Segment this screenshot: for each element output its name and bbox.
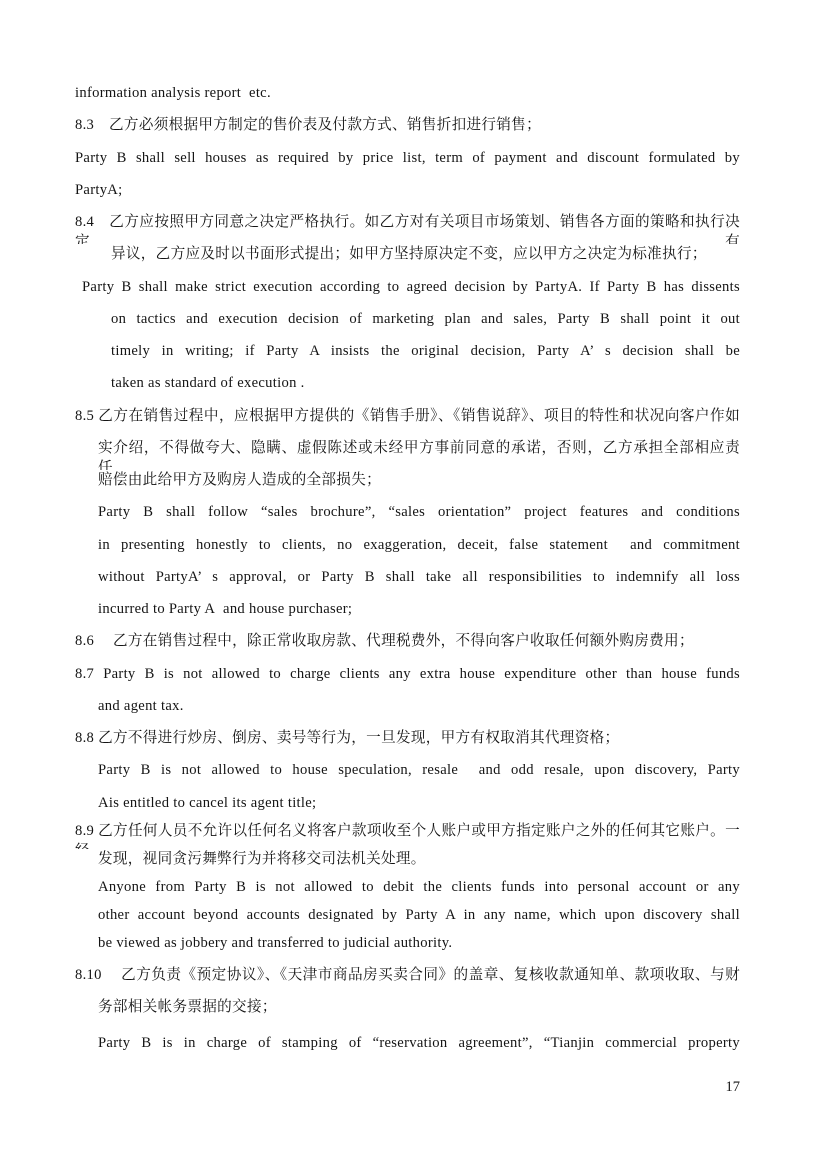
doc-line-27: other account beyond accounts designated… bbox=[98, 905, 740, 933]
doc-line-02-clause-8-3: 8.3 乙方必须根据甲方制定的售价表及付款方式、销售折扣进行销售； bbox=[75, 115, 740, 147]
contract-page: information analysis report etc. 8.3 乙方必… bbox=[0, 0, 820, 1159]
doc-line-18-clause-8-6: 8.6 乙方在销售过程中，除正常收取房款、代理税费外，不得向客户收取任何额外购房… bbox=[75, 631, 740, 663]
doc-line-07: Party B shall make strict execution acco… bbox=[82, 277, 740, 309]
doc-line-09: timely in writing; if Party A insists th… bbox=[111, 341, 740, 373]
doc-line-24-clause-8-9: 8.9 乙方任何人员不允许以任何名义将客户款项收至个人账户或甲方指定账户之外的任… bbox=[75, 821, 740, 849]
doc-line-08: on tactics and execution decision of mar… bbox=[111, 309, 740, 341]
doc-line-03: Party B shall sell houses as required by… bbox=[75, 148, 740, 180]
doc-line-20: and agent tax. bbox=[98, 696, 740, 728]
doc-line-16: without PartyA’ s approval, or Party B s… bbox=[98, 567, 740, 599]
doc-line-21-clause-8-8: 8.8 乙方不得进行炒房、倒房、卖号等行为，一旦发现，甲方有权取消其代理资格； bbox=[75, 728, 740, 760]
doc-line-19-clause-8-7: 8.7 Party B is not allowed to charge cli… bbox=[75, 664, 740, 696]
doc-line-04: PartyA; bbox=[75, 180, 740, 212]
doc-line-30: 务部相关帐务票据的交接； bbox=[98, 997, 740, 1029]
doc-line-25: 发现，视同贪污舞弊行为并将移交司法机关处理。 bbox=[98, 849, 740, 877]
doc-line-11-clause-8-5: 8.5 乙方在销售过程中，应根据甲方提供的《销售手册》、《销售说辞》、项目的特性… bbox=[75, 406, 740, 438]
doc-line-31: Party B is in charge of stamping of “res… bbox=[98, 1033, 740, 1065]
doc-line-22: Party B is not allowed to house speculat… bbox=[98, 760, 740, 792]
doc-line-12: 实介绍，不得做夸大、隐瞒、虚假陈述或未经甲方事前同意的承诺，否则，乙方承担全部相… bbox=[98, 438, 740, 470]
doc-line-28: be viewed as jobbery and transferred to … bbox=[98, 933, 740, 965]
doc-line-13: 赔偿由此给甲方及购房人造成的全部损失； bbox=[98, 470, 740, 502]
doc-line-26: Anyone from Party B is not allowed to de… bbox=[98, 877, 740, 905]
page-number: 17 bbox=[75, 1078, 740, 1096]
doc-line-06: 异议，乙方应及时以书面形式提出；如甲方坚持原决定不变，应以甲方之决定为标准执行； bbox=[111, 244, 740, 276]
doc-line-05-clause-8-4: 8.4 乙方应按照甲方同意之决定严格执行。如乙方对有关项目市场策划、销售各方面的… bbox=[75, 212, 740, 244]
doc-line-15: in presenting honestly to clients, no ex… bbox=[98, 535, 740, 567]
doc-line-29-clause-8-10: 8.10 乙方负责《预定协议》、《天津市商品房买卖合同》的盖章、复核收款通知单、… bbox=[75, 965, 740, 997]
doc-line-10: taken as standard of execution . bbox=[111, 373, 740, 405]
doc-line-17: incurred to Party A and house purchaser; bbox=[98, 599, 740, 631]
doc-line-14: Party B shall follow “sales brochure”, “… bbox=[98, 502, 740, 534]
doc-line-23: Ais entitled to cancel its agent title; bbox=[98, 793, 740, 821]
doc-line-01: information analysis report etc. bbox=[75, 83, 740, 115]
